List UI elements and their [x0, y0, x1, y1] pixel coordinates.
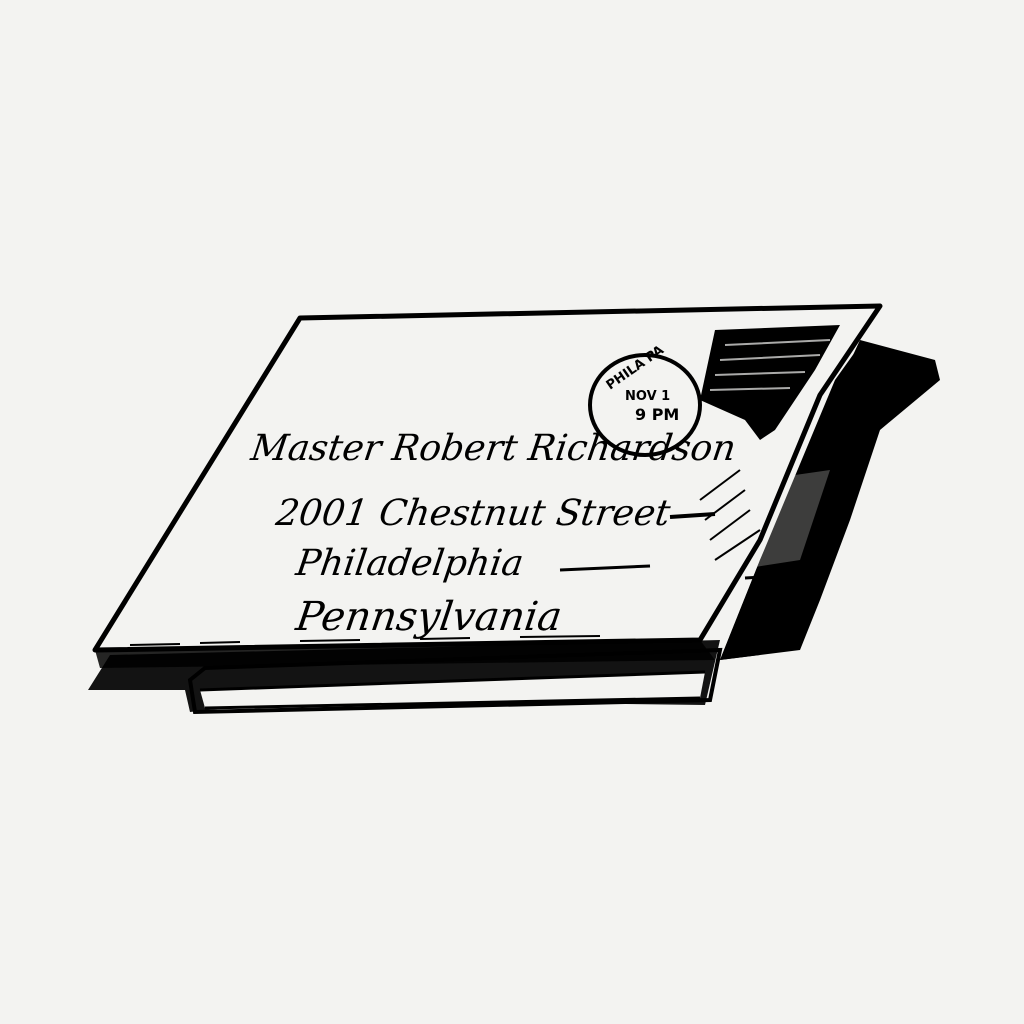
- svg-text:NOV 1: NOV 1: [625, 389, 670, 404]
- envelope-illustration: PHILA PA NOV 1 9 PM Master Robert Richar…: [0, 0, 1024, 1024]
- address-line-street: 2001 Chestnut Street: [272, 491, 673, 534]
- address-line-state: Pennsylvania: [292, 594, 564, 640]
- svg-text:9 PM: 9 PM: [635, 405, 679, 424]
- address-line-name: Master Robert Richardson: [247, 426, 738, 469]
- address-line-city: Philadelphia: [292, 541, 526, 584]
